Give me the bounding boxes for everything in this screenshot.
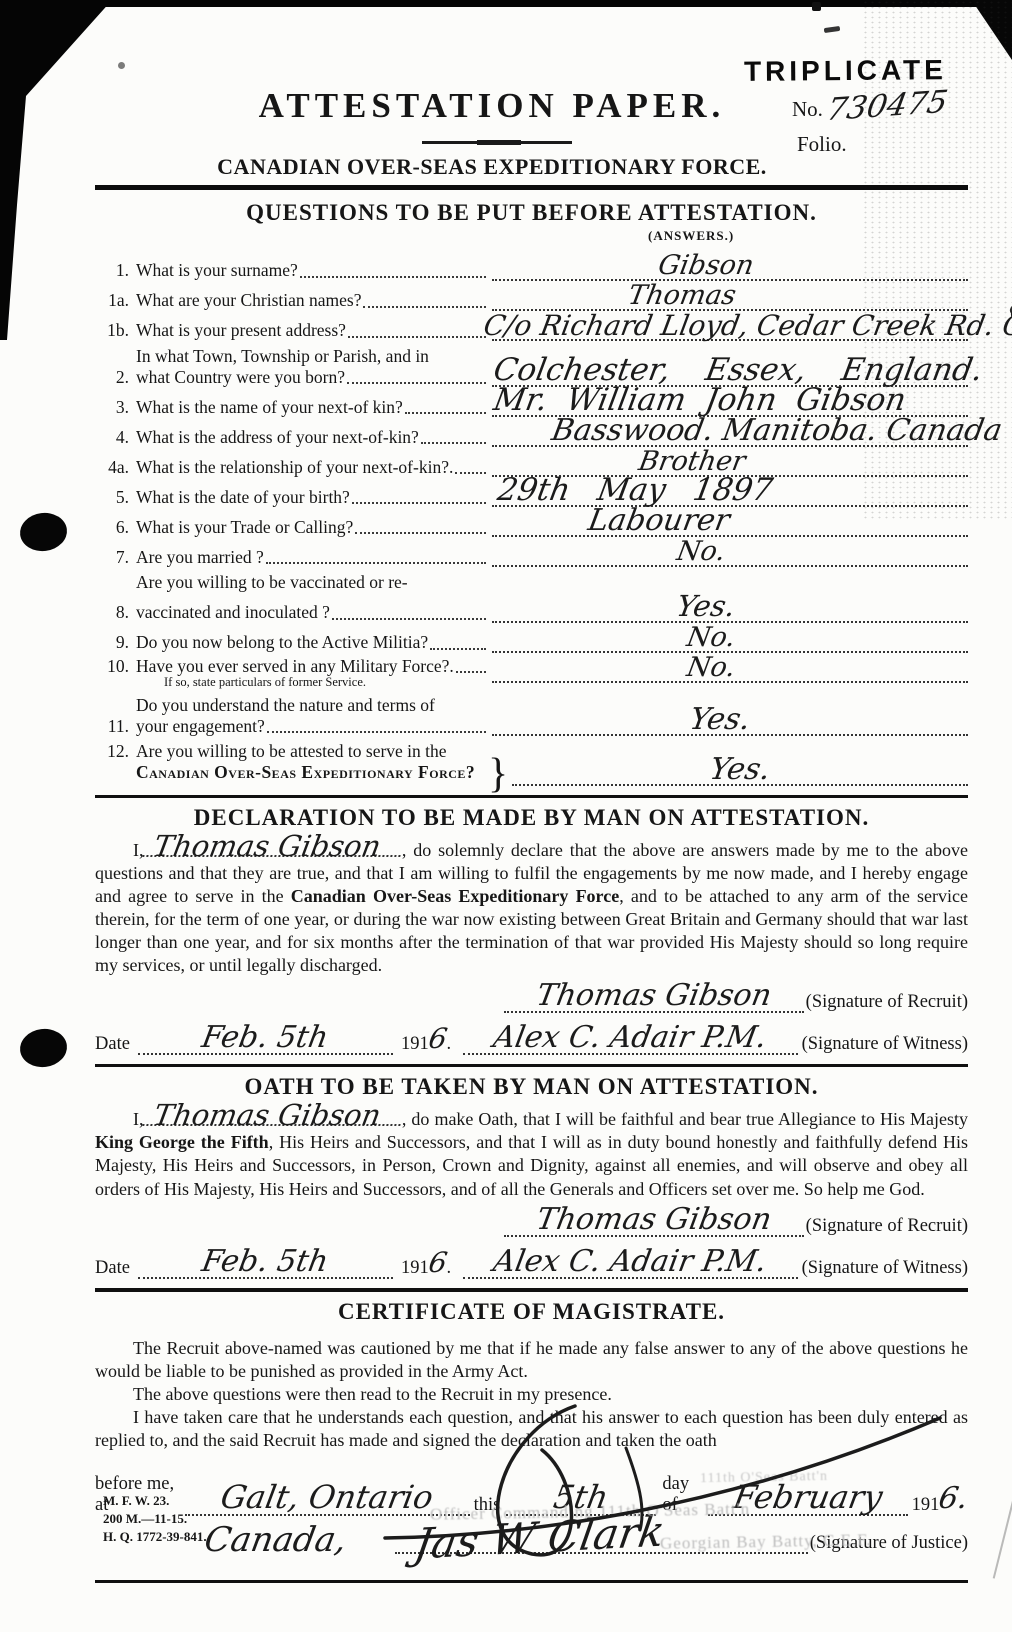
dotted-leader — [355, 517, 486, 535]
signature-label: (Signature of Recruit) — [804, 1216, 968, 1237]
year-printed: 191 — [912, 1495, 940, 1516]
faded-stamp-text: Georgian Bay Batty, C.E.F. — [660, 1530, 872, 1554]
question-number: 11. — [95, 716, 136, 737]
dotted-leader — [352, 487, 486, 505]
date-witness-row: Date Feb. 5th 1916. Alex C. Adair P.M. (… — [95, 1246, 968, 1279]
signature-line: Thomas Gibson — [504, 986, 804, 1013]
dotted-leader — [421, 427, 486, 445]
handwritten-name: Thomas Gibson — [142, 1106, 404, 1126]
year-printed: 191 — [401, 1034, 429, 1055]
question-text: Are you willing to be vaccinated or re- — [136, 572, 408, 593]
declaration-intro: I, — [95, 840, 144, 860]
place-line: Galt, Ontario — [185, 1489, 470, 1516]
oath-intro: I, — [95, 1109, 144, 1129]
dotted-leader — [266, 547, 486, 565]
question-row-5: 5. What is the date of your birth? 29th … — [95, 480, 968, 507]
answer-line: No. — [492, 542, 968, 567]
question-text: What is the relationship of your next-of… — [136, 457, 453, 478]
handwritten-date: Feb. 5th — [200, 1244, 332, 1279]
question-text-line2: Canadian Over-Seas Expeditionary Force? — [136, 762, 475, 783]
answer-line: C/o Richard Lloyd, Cedar Creek Rd. Galt … — [492, 316, 968, 341]
dotted-leader — [455, 457, 486, 475]
certificate-heading: CERTIFICATE OF MAGISTRATE. — [95, 1299, 968, 1325]
question-text: What is the name of your next-of kin? — [136, 397, 403, 418]
question-number: 10. — [95, 656, 136, 677]
handwritten-answer: No. — [684, 622, 738, 654]
declaration-paragraph: I,Thomas Gibson, do solemnly declare tha… — [95, 837, 968, 977]
dotted-leader — [347, 367, 486, 385]
signature-label: (Signature of Witness) — [800, 1034, 968, 1055]
handwritten-answer: Basswood. Manitoba. Canada — [549, 413, 1005, 448]
question-text: In what Town, Township or Parish, and in — [136, 346, 429, 367]
question-number: 2. — [95, 367, 136, 388]
handwritten-recruit-signature: Thomas Gibson — [533, 1202, 773, 1237]
question-text: What is the address of your next-of-kin? — [136, 427, 419, 448]
form-reference-numbers: M. F. W. 23. 200 M.—11-15. H. Q. 1772-39… — [103, 1492, 207, 1547]
question-row-10: 10. Have you ever served in any Military… — [95, 656, 968, 690]
question-number: 6. — [95, 517, 136, 538]
handwritten-answer: Gibson — [656, 250, 757, 282]
faded-stamp-text: 111th O'Seas Batt'n — [700, 1469, 828, 1487]
answer-line: Labourer — [492, 512, 968, 537]
document-body: QUESTIONS TO BE PUT BEFORE ATTESTATION. … — [0, 0, 1012, 1583]
attestation-paper-scan: TRIPLICATE No. 730475 Folio. ATTESTATION… — [0, 0, 1012, 1632]
question-number: 9. — [95, 632, 136, 653]
question-row-8: 8. Are you willing to be vaccinated or r… — [95, 572, 968, 622]
section-rule — [95, 795, 968, 798]
witness-signature-line: Alex C. Adair P.M. — [463, 1252, 797, 1279]
recruit-signature-row: Thomas Gibson (Signature of Recruit) — [95, 986, 968, 1013]
handwritten-answer: C/o Richard Lloyd, Cedar Creek Rd. Galt — [481, 309, 1012, 342]
answer-line: Thomas — [492, 286, 968, 311]
question-row-7: 7. Are you married ? No. — [95, 540, 968, 567]
handwritten-answer: Labourer — [585, 503, 732, 538]
certificate-paragraph-2: The above questions were then read to th… — [95, 1383, 968, 1406]
question-number: 1. — [95, 260, 136, 281]
handwritten-place: Galt, Ontario — [218, 1478, 436, 1516]
question-text: Are you willing to be attested to serve … — [136, 741, 447, 762]
handwritten-answer: No. — [684, 652, 738, 684]
question-row-12: 12. Are you willing to be attested to se… — [95, 741, 968, 786]
signature-label: (Signature of Recruit) — [804, 992, 968, 1013]
handwritten-witness-signature: Alex C. Adair P.M. — [491, 1020, 770, 1055]
question-number: 1a. — [95, 290, 136, 311]
recruit-signature-row: Thomas Gibson (Signature of Recruit) — [95, 1210, 968, 1237]
question-text-line2: what Country were you born? — [136, 367, 345, 388]
date-label: Date — [95, 1258, 130, 1279]
question-text: Do you understand the nature and terms o… — [136, 695, 435, 716]
declaration-bold-phrase: Canadian Over-Seas Expeditionary Force — [291, 886, 619, 906]
form-ref-line: H. Q. 1772-39-841. — [103, 1528, 207, 1546]
question-row-1b: 1b. What is your present address? C/o Ri… — [95, 314, 968, 341]
certificate-paragraph-1: The Recruit above-named was cautioned by… — [95, 1337, 968, 1383]
questions-heading: QUESTIONS TO BE PUT BEFORE ATTESTATION. — [95, 200, 968, 226]
question-row-9: 9. Do you now belong to the Active Milit… — [95, 626, 968, 653]
form-ref-line: M. F. W. 23. — [103, 1492, 207, 1510]
dotted-leader — [363, 290, 486, 308]
question-number: 1b. — [95, 320, 136, 341]
question-text: Are you married ? — [136, 547, 264, 568]
handwritten-recruit-signature: Thomas Gibson — [533, 978, 773, 1013]
witness-signature-line: Alex C. Adair P.M. — [463, 1028, 797, 1055]
handwritten-answer: Yes. — [674, 589, 738, 623]
answer-line: Yes. — [512, 761, 968, 786]
question-text-line2: vaccinated and inoculated ? — [136, 602, 330, 623]
oath-bold-phrase: King George the Fifth — [95, 1132, 269, 1152]
answer-line: Yes. — [492, 598, 968, 623]
year-period: . — [447, 1034, 452, 1055]
handwritten-name: Thomas Gibson — [142, 837, 404, 857]
answer-line: Gibson — [492, 256, 968, 281]
section-rule — [95, 1288, 968, 1292]
oath-body: , do make Oath, that I will be faithful … — [402, 1109, 968, 1129]
question-number: 5. — [95, 487, 136, 508]
question-text: What is your surname? — [136, 260, 298, 281]
question-number: 3. — [95, 397, 136, 418]
question-row-1a: 1a. What are your Christian names? Thoma… — [95, 284, 968, 311]
question-text: What is your Trade or Calling? — [136, 517, 353, 538]
dotted-leader — [430, 632, 486, 650]
question-number: 8. — [95, 602, 136, 623]
oath-heading: OATH TO BE TAKEN BY MAN ON ATTESTATION. — [95, 1074, 968, 1100]
declaration-heading: DECLARATION TO BE MADE BY MAN ON ATTESTA… — [95, 805, 968, 831]
brace-glyph: } — [488, 757, 508, 793]
dotted-leader — [405, 397, 486, 415]
answer-line: Basswood. Manitoba. Canada — [492, 422, 968, 447]
handwritten-answer: Yes. — [687, 702, 753, 737]
question-text: What are your Christian names? — [136, 290, 361, 311]
handwritten-year-digit: 6. — [936, 1481, 971, 1516]
answer-line: Yes. — [492, 711, 968, 736]
answer-line: No. — [492, 658, 968, 683]
question-number: 4a. — [95, 457, 136, 478]
dotted-leader — [267, 716, 486, 734]
handwritten-canada: Canada, — [201, 1520, 349, 1560]
dotted-leader — [332, 602, 486, 620]
question-number: 4. — [95, 427, 136, 448]
question-note: If so, state particulars of former Servi… — [136, 675, 516, 690]
date-witness-row: Date Feb. 5th 1916. Alex C. Adair P.M. (… — [95, 1022, 968, 1055]
handwritten-answer: No. — [675, 536, 729, 568]
section-rule — [95, 1064, 968, 1067]
signature-label: (Signature of Witness) — [800, 1258, 968, 1279]
date-label: Date — [95, 1034, 130, 1055]
handwritten-date: Feb. 5th — [200, 1020, 332, 1055]
question-number: 12. — [95, 741, 136, 762]
form-ref-line: 200 M.—11-15. — [103, 1510, 207, 1528]
answer-line: No. — [492, 628, 968, 653]
question-text: Have you ever served in any Military For… — [136, 656, 454, 677]
date-line: Feb. 5th — [138, 1028, 393, 1055]
dotted-leader — [348, 320, 486, 338]
question-row-1: 1. What is your surname? Gibson — [95, 254, 968, 281]
signature-line: Thomas Gibson — [504, 1210, 804, 1237]
bottom-rule — [95, 1580, 968, 1583]
handwritten-witness-signature: Alex C. Adair P.M. — [491, 1244, 770, 1279]
handwritten-answer: Yes. — [707, 752, 773, 787]
dotted-leader — [456, 656, 486, 674]
dotted-leader — [300, 260, 486, 278]
year-printed: 191 — [401, 1258, 429, 1279]
oath-paragraph: I,Thomas Gibson, do make Oath, that I wi… — [95, 1106, 968, 1200]
question-row-4: 4. What is the address of your next-of-k… — [95, 420, 968, 447]
handwritten-answer: Thomas — [626, 280, 739, 312]
question-text: What is your present address? — [136, 320, 346, 341]
date-line: Feb. 5th — [138, 1252, 393, 1279]
question-text-line2: your engagement? — [136, 716, 265, 737]
question-text: What is the date of your birth? — [136, 487, 350, 508]
question-row-11: 11. Do you understand the nature and ter… — [95, 695, 968, 736]
question-number: 7. — [95, 547, 136, 568]
answers-column-label: (ANSWERS.) — [648, 228, 968, 244]
year-period: . — [447, 1258, 452, 1279]
question-row-6: 6. What is your Trade or Calling? Labour… — [95, 510, 968, 537]
question-text: Do you now belong to the Active Militia? — [136, 632, 428, 653]
certificate-paragraph-3: I have taken care that he understands ea… — [95, 1406, 968, 1452]
